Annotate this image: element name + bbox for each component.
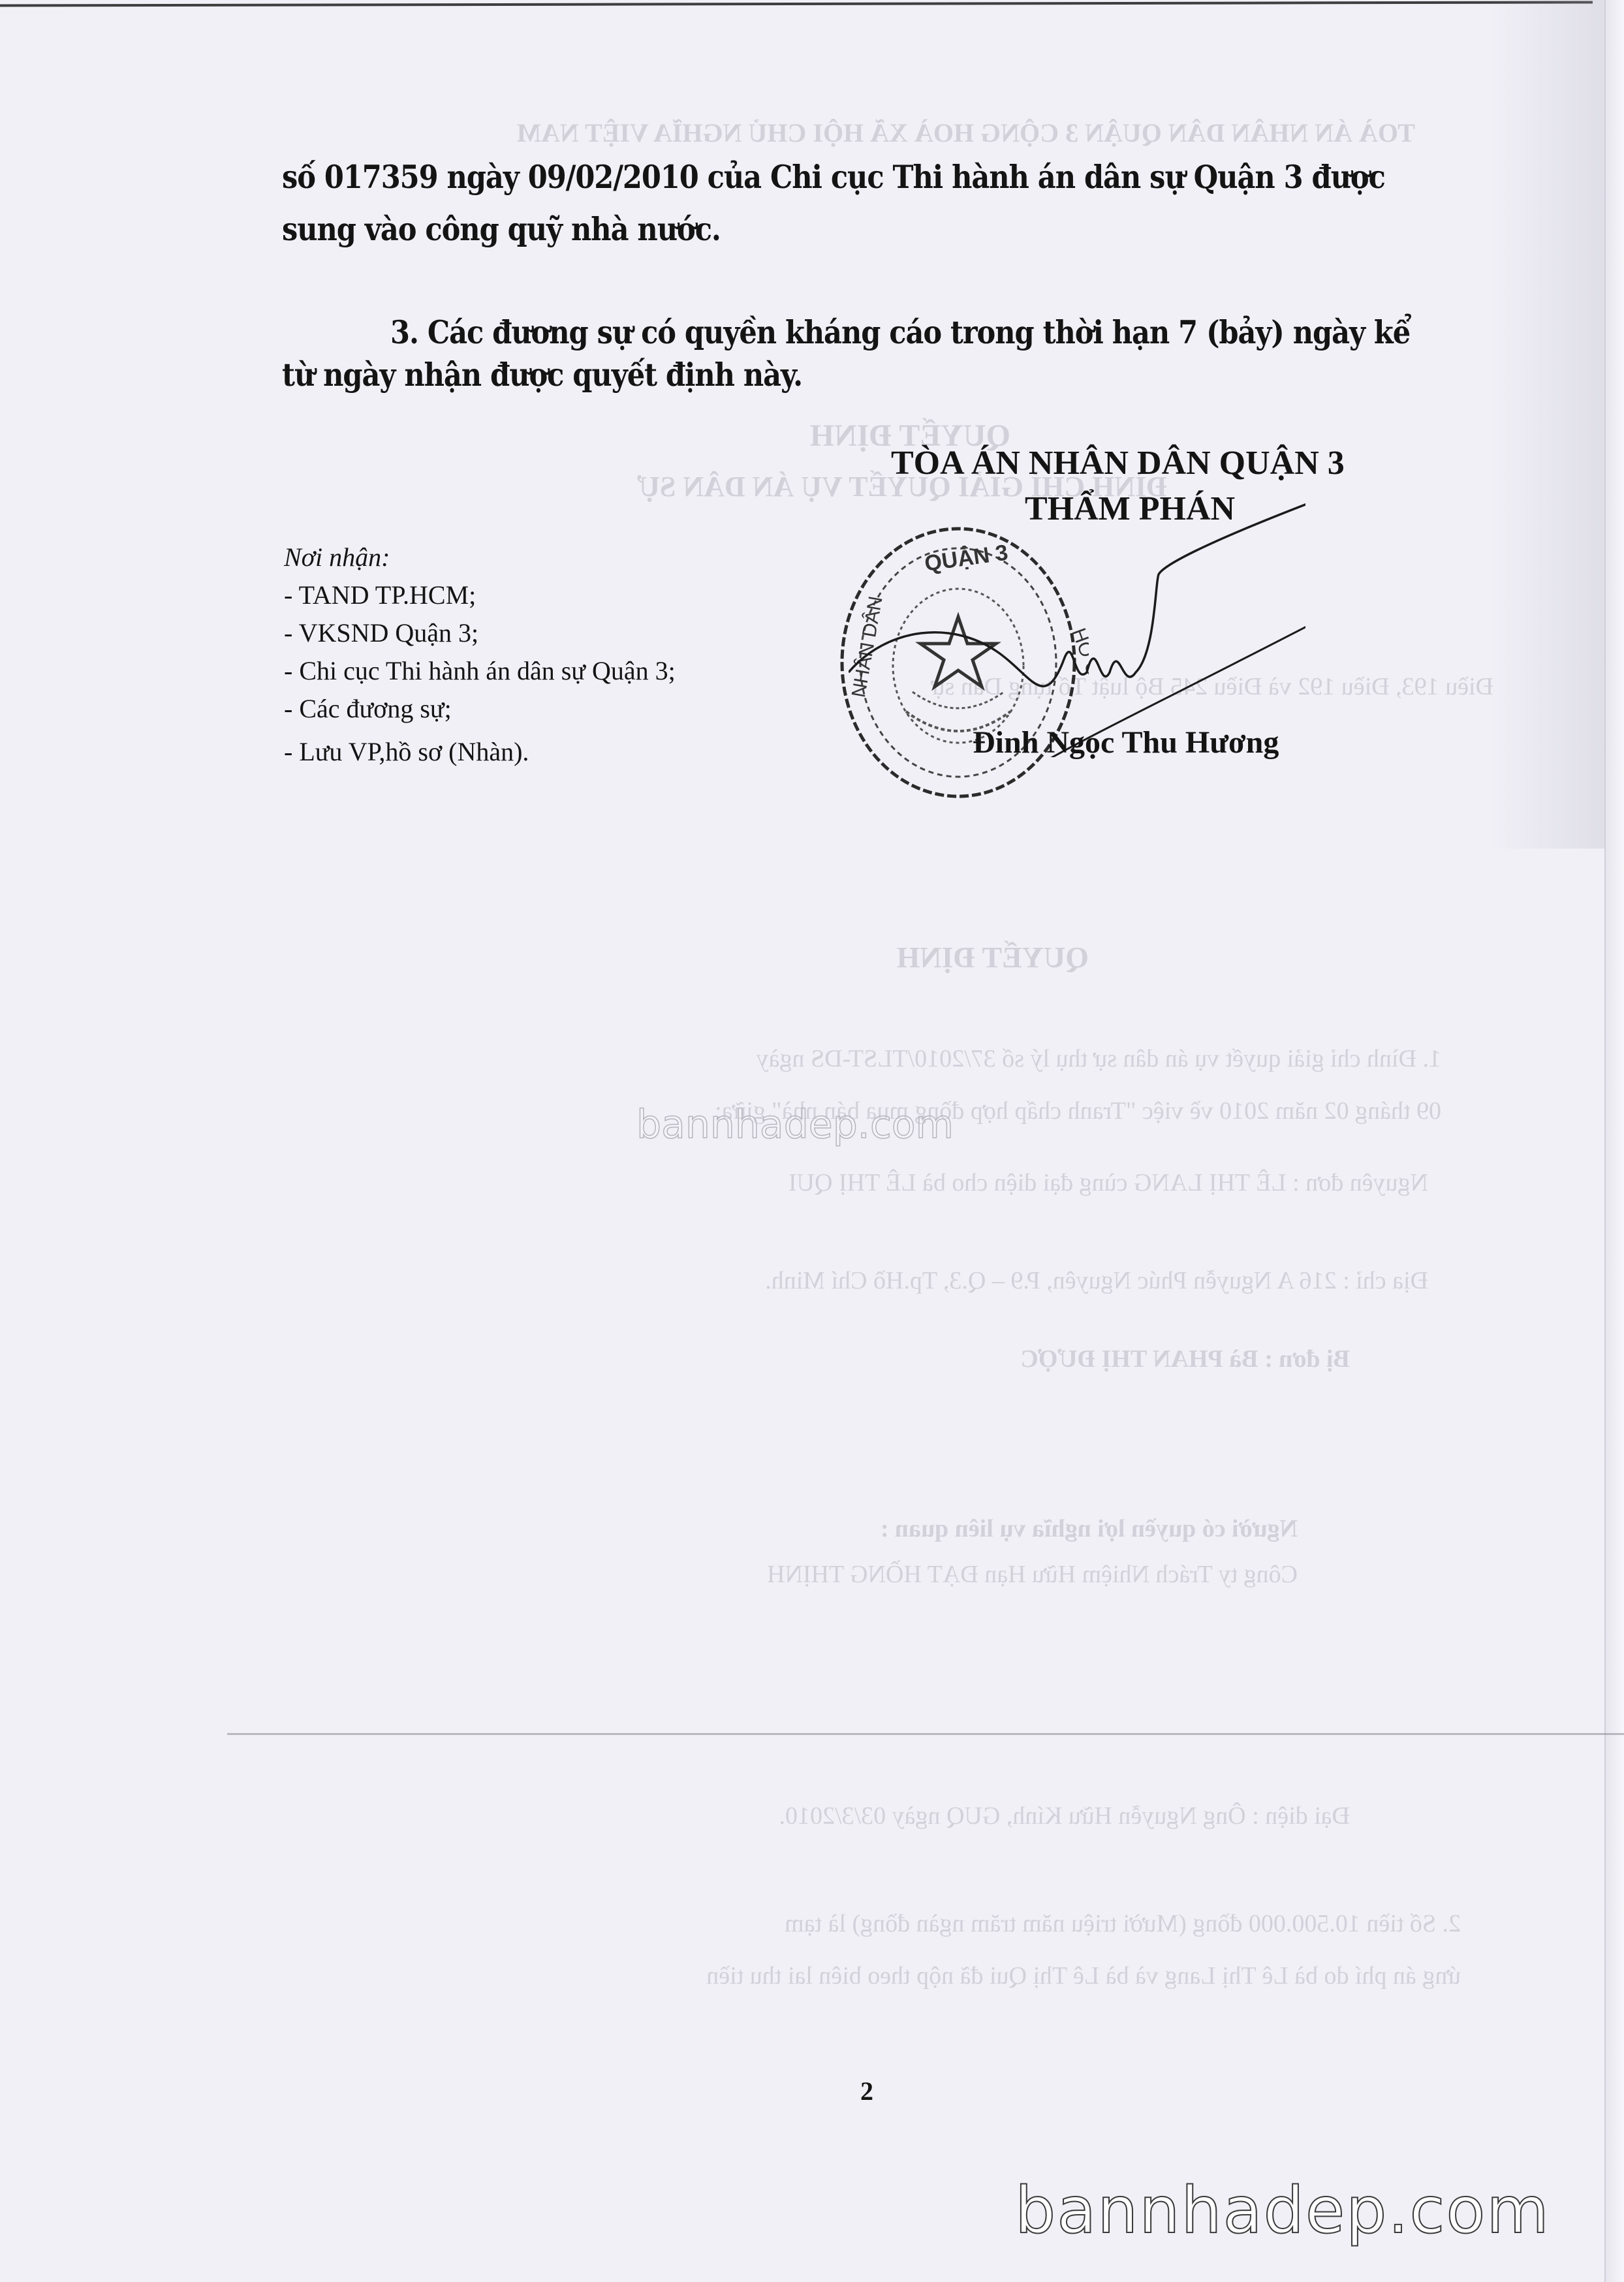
- judge-signature-icon: [849, 496, 1305, 757]
- ghost-line: Đại diện : Ông Nguyễn Hữu Kính, GUQ ngày…: [779, 1802, 1350, 1830]
- body-line: sung vào công quỹ nhà nước.: [282, 210, 721, 248]
- ghost-line: 2. Số tiền 10.500.000 đồng (Mười triệu n…: [785, 1909, 1461, 1938]
- ghost-line: Công ty Trách Nhiệm Hữu Hạn ĐẠT HỒNG THỊ…: [767, 1560, 1298, 1589]
- recipient-item: - Chi cục Thi hành án dân sự Quận 3;: [284, 652, 676, 690]
- ghost-line: Địa chỉ : 216 A Nguyễn Phúc Nguyên, P.9 …: [765, 1266, 1428, 1295]
- recipient-item: - VKSND Quận 3;: [284, 614, 676, 652]
- scan-shadow: [1488, 0, 1606, 849]
- watermark-center: bannhadep.com: [636, 1102, 954, 1148]
- ghost-line: Nguyên đơn : LÊ THỊ LANG cùng đại diện c…: [789, 1168, 1428, 1197]
- paper-right-edge: [1604, 0, 1624, 2282]
- recipient-item: - Các đương sự;: [284, 690, 676, 728]
- recipient-item: - TAND TP.HCM;: [284, 576, 676, 614]
- watermark-footer: bannhadep.com: [1015, 2174, 1550, 2248]
- recipients-header: Nơi nhận:: [284, 539, 676, 576]
- court-name: TÒA ÁN NHÂN DÂN QUẬN 3: [891, 444, 1345, 482]
- ghost-line: 1. Đình chỉ giải quyết vụ án dân sự thụ …: [757, 1044, 1441, 1073]
- recipients-list: Nơi nhận: - TAND TP.HCM; - VKSND Quận 3;…: [284, 539, 676, 771]
- ghost-line: QUYẾT ĐỊNH: [897, 940, 1089, 975]
- body-line: số 017359 ngày 09/02/2010 của Chi cục Th…: [282, 158, 1385, 196]
- ghost-line: TOÀ ÁN NHÂN DÂN QUẬN 3 CỘNG HOÀ XÃ HỘI C…: [516, 117, 1415, 148]
- page-number: 2: [860, 2076, 873, 2106]
- recipient-item: - Lưu VP,hồ sơ (Nhàn).: [284, 733, 676, 771]
- judge-name: Đinh Ngọc Thu Hương: [973, 725, 1279, 760]
- ghost-rule: [227, 1733, 1624, 1735]
- ghost-line: Người có quyền lợi nghĩa vụ liên quan :: [881, 1514, 1298, 1543]
- body-line-clause-3: 3. Các đương sự có quyền kháng cáo trong…: [390, 313, 1410, 351]
- ghost-line: Bị đơn : Bà PHAN THỊ ĐƯỢC: [1020, 1345, 1350, 1373]
- ghost-line: ứng án phí do bà Lê Thị Lang và bà Lê Th…: [706, 1962, 1461, 1990]
- paper-top-edge: [0, 1, 1593, 13]
- body-line: từ ngày nhận được quyết định này.: [282, 356, 802, 394]
